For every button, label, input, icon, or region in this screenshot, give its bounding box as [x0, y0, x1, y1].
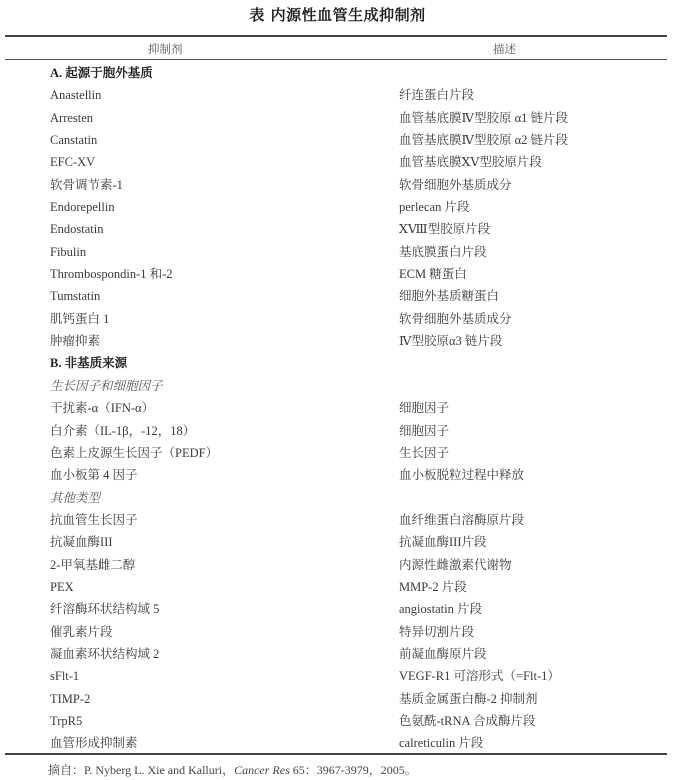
- description-cell: 血纤维蛋白溶酶原片段: [399, 509, 524, 531]
- table-row: 2-甲氧基雌二醇内源性雌激素代谢物: [0, 554, 675, 576]
- table-body: A. 起源于胞外基质Anastellin纤连蛋白片段Arresten血管基底膜Ⅳ…: [0, 62, 675, 755]
- description-cell: ECM 糖蛋白: [399, 263, 467, 285]
- table-row: 色素上皮源生长因子（PEDF）生长因子: [0, 442, 675, 464]
- section-label: B. 非基质来源: [50, 352, 127, 374]
- inhibitor-cell: 色素上皮源生长因子（PEDF）: [50, 442, 218, 464]
- table-row: Thrombospondin-1 和-2ECM 糖蛋白: [0, 263, 675, 285]
- inhibitor-cell: 干扰素-α（IFN-α）: [50, 397, 154, 419]
- description-cell: perlecan 片段: [399, 196, 469, 218]
- description-cell: 基质金属蛋白酶-2 抑制剂: [399, 688, 538, 710]
- inhibitor-cell: EFC-XV: [50, 151, 95, 173]
- table-row: 纤溶酶环状结构域 5angiostatin 片段: [0, 598, 675, 620]
- table-row: Endorepellinperlecan 片段: [0, 196, 675, 218]
- section-heading-row: B. 非基质来源: [0, 352, 675, 374]
- table-row: 催乳素片段特异切割片段: [0, 621, 675, 643]
- inhibitor-cell: Fibulin: [50, 241, 86, 263]
- description-cell: 软骨细胞外基质成分: [399, 308, 512, 330]
- table-row: PEXMMP-2 片段: [0, 576, 675, 598]
- inhibitor-cell: 纤溶酶环状结构域 5: [50, 598, 159, 620]
- table-header: 抑制剂 描述: [0, 38, 675, 58]
- table-row: 软骨调节素-1软骨细胞外基质成分: [0, 174, 675, 196]
- description-cell: 基底膜蛋白片段: [399, 241, 487, 263]
- inhibitor-cell: 肌钙蛋白 1: [50, 308, 109, 330]
- inhibitor-cell: 肿瘤抑素: [50, 330, 100, 352]
- table-row: TIMP-2基质金属蛋白酶-2 抑制剂: [0, 688, 675, 710]
- table-row: Fibulin基底膜蛋白片段: [0, 241, 675, 263]
- table-row: 血小板第 4 因子血小板脱粒过程中释放: [0, 464, 675, 486]
- inhibitor-cell: Canstatin: [50, 129, 97, 151]
- description-cell: 前凝血酶原片段: [399, 643, 487, 665]
- inhibitor-cell: 催乳素片段: [50, 621, 113, 643]
- description-cell: Ⅳ型胶原α3 链片段: [399, 330, 502, 352]
- citation-suffix: 65：3967-3979，2005。: [290, 763, 417, 777]
- table-row: Arresten血管基底膜Ⅳ型胶原 α1 链片段: [0, 107, 675, 129]
- description-cell: 色氨酰-tRNA 合成酶片段: [399, 710, 535, 732]
- inhibitor-cell: 抗凝血酶III: [50, 531, 113, 553]
- table-row: 肌钙蛋白 1软骨细胞外基质成分: [0, 308, 675, 330]
- table-row: Tumstatin细胞外基质糖蛋白: [0, 285, 675, 307]
- bottom-rule: [5, 753, 667, 755]
- description-cell: 血管基底膜ⅩⅤ型胶原片段: [399, 151, 542, 173]
- inhibitor-cell: Endostatin: [50, 218, 103, 240]
- description-cell: angiostatin 片段: [399, 598, 482, 620]
- table-row: 干扰素-α（IFN-α）细胞因子: [0, 397, 675, 419]
- table-row: 肿瘤抑素Ⅳ型胶原α3 链片段: [0, 330, 675, 352]
- table-row: 抗凝血酶III抗凝血酶III片段: [0, 531, 675, 553]
- inhibitor-cell: 凝血素环状结构域 2: [50, 643, 159, 665]
- description-cell: calreticulin 片段: [399, 732, 483, 754]
- description-cell: 血小板脱粒过程中释放: [399, 464, 524, 486]
- table-row: 白介素（IL-1β，-12，18）细胞因子: [0, 420, 675, 442]
- section-label: 其他类型: [50, 487, 100, 509]
- description-cell: 特异切割片段: [399, 621, 474, 643]
- inhibitor-cell: 血管形成抑制素: [50, 732, 138, 754]
- table-row: 抗血管生长因子血纤维蛋白溶酶原片段: [0, 509, 675, 531]
- section-label: 生长因子和细胞因子: [50, 375, 163, 397]
- table-row: TrpR5色氨酰-tRNA 合成酶片段: [0, 710, 675, 732]
- subsection-heading-row: 生长因子和细胞因子: [0, 375, 675, 397]
- table-row: EFC-XV血管基底膜ⅩⅤ型胶原片段: [0, 151, 675, 173]
- description-cell: 软骨细胞外基质成分: [399, 174, 512, 196]
- source-citation: 摘自：P. Nyberg L. Xie and Kalluri，Cancer R…: [48, 761, 417, 778]
- description-cell: 细胞因子: [399, 420, 449, 442]
- inhibitor-cell: TIMP-2: [50, 688, 90, 710]
- inhibitor-cell: sFlt-1: [50, 665, 79, 687]
- table-row: 凝血素环状结构域 2前凝血酶原片段: [0, 643, 675, 665]
- table-row: sFlt-1VEGF-R1 可溶形式（=Flt-1）: [0, 665, 675, 687]
- table-row: EndostatinⅩⅧ型胶原片段: [0, 218, 675, 240]
- inhibitor-cell: Endorepellin: [50, 196, 115, 218]
- description-cell: 血管基底膜Ⅳ型胶原 α2 链片段: [399, 129, 568, 151]
- description-cell: 内源性雌激素代谢物: [399, 554, 512, 576]
- description-cell: 血管基底膜Ⅳ型胶原 α1 链片段: [399, 107, 568, 129]
- inhibitor-cell: 2-甲氧基雌二醇: [50, 554, 135, 576]
- description-cell: 细胞外基质糖蛋白: [399, 285, 499, 307]
- inhibitor-cell: 白介素（IL-1β，-12，18）: [50, 420, 195, 442]
- section-heading-row: A. 起源于胞外基质: [0, 62, 675, 84]
- column-header-inhibitor: 抑制剂: [148, 41, 183, 57]
- top-rule: [5, 35, 667, 37]
- table-title: 表 内源性血管生成抑制剂: [0, 4, 675, 25]
- description-cell: 细胞因子: [399, 397, 449, 419]
- description-cell: 抗凝血酶III片段: [399, 531, 487, 553]
- inhibitor-cell: Arresten: [50, 107, 93, 129]
- inhibitor-cell: Thrombospondin-1 和-2: [50, 263, 173, 285]
- description-cell: 纤连蛋白片段: [399, 84, 474, 106]
- table-row: 血管形成抑制素calreticulin 片段: [0, 732, 675, 754]
- description-cell: 生长因子: [399, 442, 449, 464]
- inhibitor-cell: Tumstatin: [50, 285, 100, 307]
- subsection-heading-row: 其他类型: [0, 487, 675, 509]
- inhibitor-cell: Anastellin: [50, 84, 101, 106]
- citation-prefix: 摘自：P. Nyberg L. Xie and Kalluri，: [48, 763, 234, 777]
- inhibitor-cell: PEX: [50, 576, 74, 598]
- column-header-description: 描述: [493, 41, 516, 57]
- inhibitor-cell: 血小板第 4 因子: [50, 464, 138, 486]
- description-cell: ⅩⅧ型胶原片段: [399, 218, 490, 240]
- inhibitor-cell: 软骨调节素-1: [50, 174, 123, 196]
- inhibitor-cell: TrpR5: [50, 710, 82, 732]
- header-rule: [5, 59, 667, 60]
- table-row: Canstatin血管基底膜Ⅳ型胶原 α2 链片段: [0, 129, 675, 151]
- description-cell: VEGF-R1 可溶形式（=Flt-1）: [399, 665, 560, 687]
- table-row: Anastellin纤连蛋白片段: [0, 84, 675, 106]
- section-label: A. 起源于胞外基质: [50, 62, 153, 84]
- citation-journal: Cancer Res: [234, 763, 290, 777]
- description-cell: MMP-2 片段: [399, 576, 467, 598]
- inhibitor-cell: 抗血管生长因子: [50, 509, 138, 531]
